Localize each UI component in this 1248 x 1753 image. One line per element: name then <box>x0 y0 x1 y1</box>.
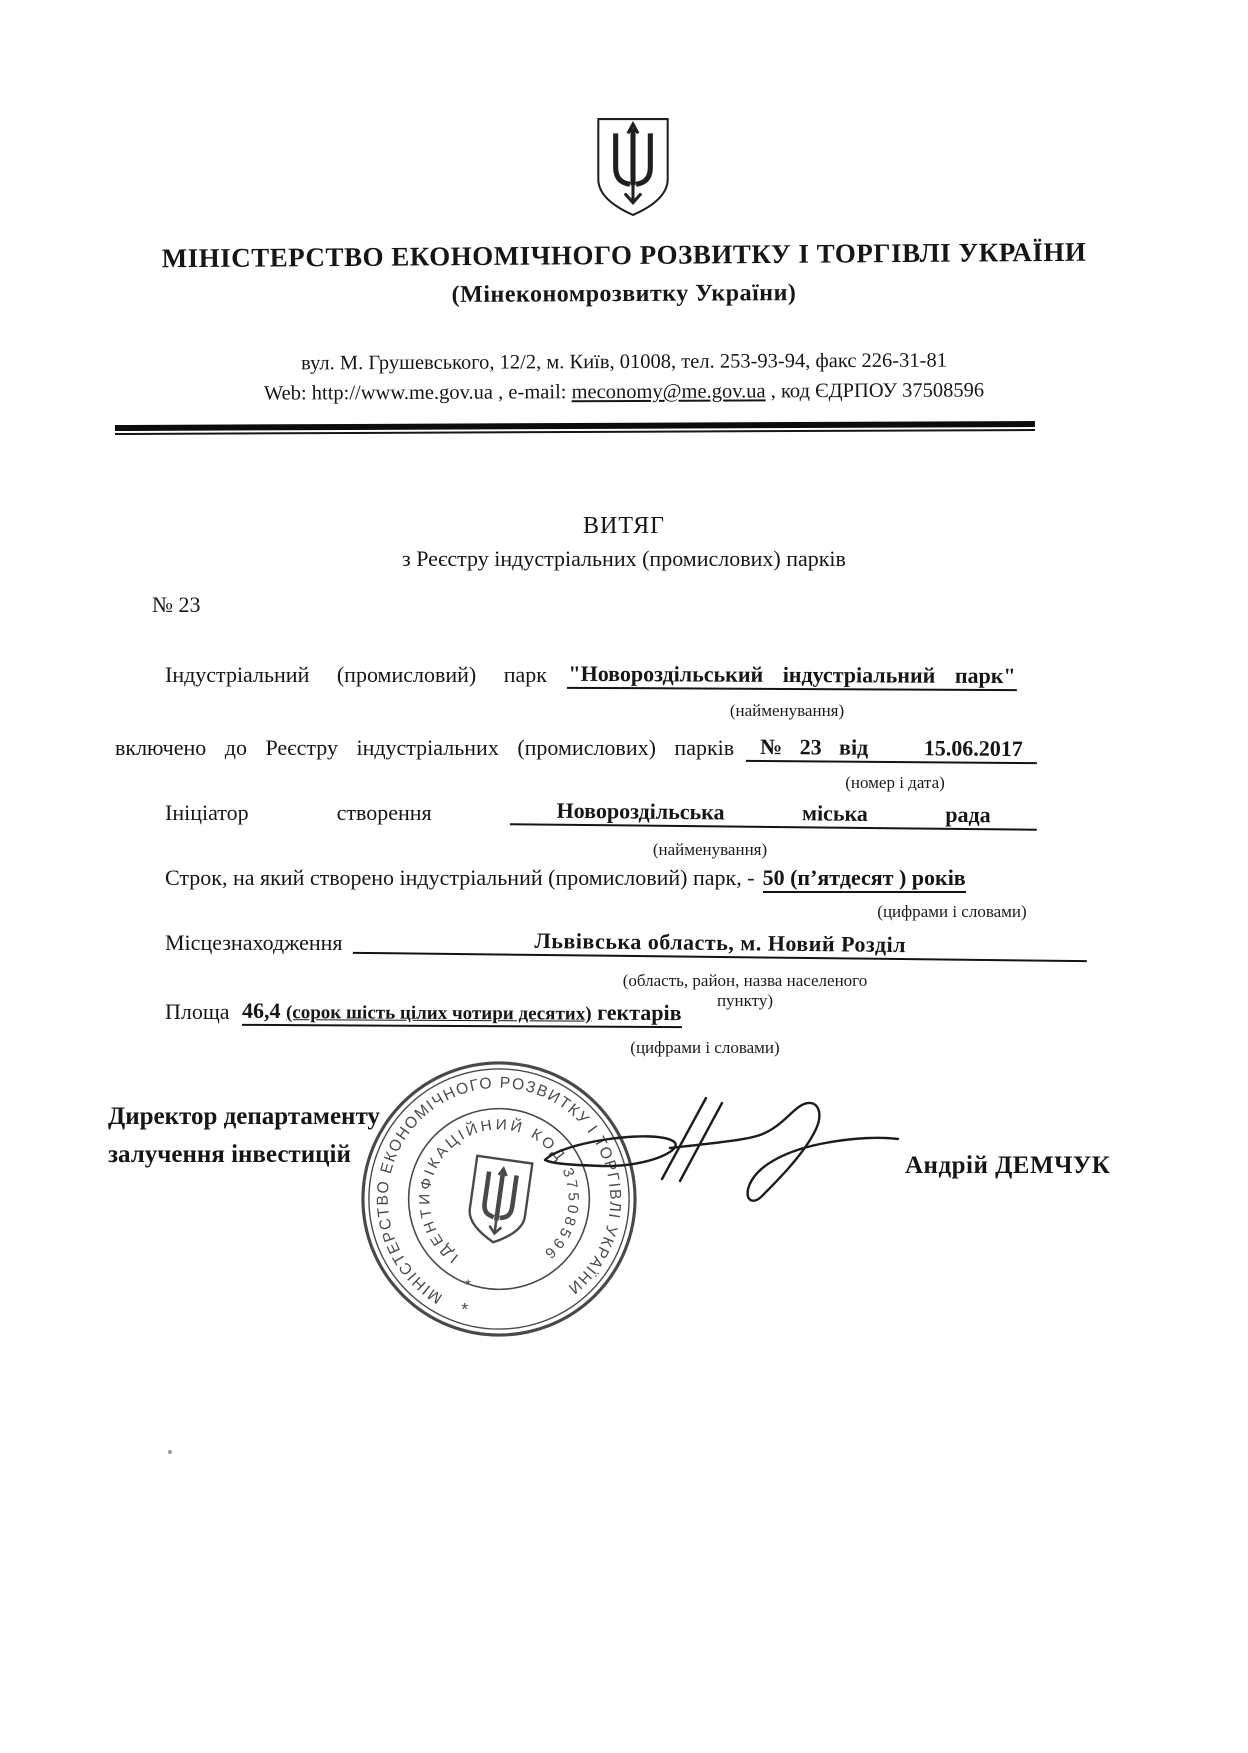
area-label: Площа <box>165 999 230 1025</box>
park-name-caption: (найменування) <box>637 701 937 721</box>
signature-ellipse-stroke <box>545 1136 676 1166</box>
address-line: вул. М. Грушевського, 12/2, м. Київ, 010… <box>84 349 1164 377</box>
signature-loop-stroke <box>670 1103 898 1201</box>
document-number: № 23 <box>152 592 201 618</box>
signer-position-line2: залучення інвестицій <box>108 1141 351 1169</box>
ministry-title: МІНІСТЕРСТВО ЕКОНОМІЧНОГО РОЗВИТКУ І ТОР… <box>84 236 1164 275</box>
initiator-label-2: створення <box>337 800 432 826</box>
ukraine-trident-icon <box>594 116 672 218</box>
registry-number: № 23 від <box>760 734 868 761</box>
field-registry: включено до Реєстру індустріальних (пром… <box>115 735 1037 763</box>
initiator-value: Новороздільська міська рада <box>510 797 1038 831</box>
signer-position-line1: Директор департаменту <box>108 1103 380 1131</box>
scan-speck <box>168 1450 172 1454</box>
registry-label: включено до Реєстру індустріальних (пром… <box>115 735 734 761</box>
park-name-label: Індустріальний (промисловий) парк <box>165 662 547 688</box>
stamp-star-inner: * <box>465 1277 471 1293</box>
stamp-star-outer: * <box>461 1299 468 1319</box>
area-words: (сорок шість цілих чотири десятих) <box>286 1002 592 1025</box>
ministry-short-title: (Мінекономрозвитку України) <box>84 278 1164 311</box>
web-suffix: , код ЄДРПОУ 37508596 <box>766 379 985 402</box>
email-address: meconomy@me.gov.ua <box>572 380 766 403</box>
area-number: 46,4 <box>242 998 281 1023</box>
registry-caption: (номер і дата) <box>795 773 995 793</box>
header-divider <box>115 421 1035 437</box>
term-caption: (цифрами і словами) <box>852 902 1052 922</box>
location-label: Місцезнаходження <box>165 930 343 956</box>
location-value: Львівська область, м. Новий Розділ <box>352 926 1087 962</box>
document-title: ВИТЯГ <box>84 513 1164 540</box>
web-prefix: Web: http://www.me.gov.ua , e-mail: <box>264 381 572 404</box>
area-value: 46,4 (сорок шість цілих чотири десятих) … <box>242 998 682 1028</box>
registry-date: 15.06.2017 <box>924 735 1023 762</box>
field-term: Строк, на який створено індустріальний (… <box>165 865 1075 893</box>
term-label: Строк, на який створено індустріальний (… <box>165 865 755 891</box>
field-initiator: Ініціатор створення Новороздільська місь… <box>165 800 1037 828</box>
initiator-label-1: Ініціатор <box>165 800 249 826</box>
area-unit: гектарів <box>597 1000 682 1025</box>
field-location: Місцезнаходження Львівська область, м. Н… <box>165 930 1087 958</box>
registry-value: № 23 від 15.06.2017 <box>746 734 1037 764</box>
field-park-name: Індустріальний (промисловий) парк "Новор… <box>165 662 1017 690</box>
park-name-value: "Новороздільський індустріальний парк" <box>567 661 1017 691</box>
field-area: Площа 46,4 (сорок шість цілих чотири дес… <box>165 999 865 1027</box>
initiator-caption: (найменування) <box>600 840 820 860</box>
term-value: 50 (п’ятдесят ) років <box>763 865 966 893</box>
document-subtitle: з Реєстру індустріальних (промислових) п… <box>84 546 1164 572</box>
document-page: МІНІСТЕРСТВО ЕКОНОМІЧНОГО РОЗВИТКУ І ТОР… <box>0 0 1248 1753</box>
web-contact-line: Web: http://www.me.gov.ua , e-mail: meco… <box>84 379 1164 407</box>
handwritten-signature <box>520 1085 1065 1220</box>
